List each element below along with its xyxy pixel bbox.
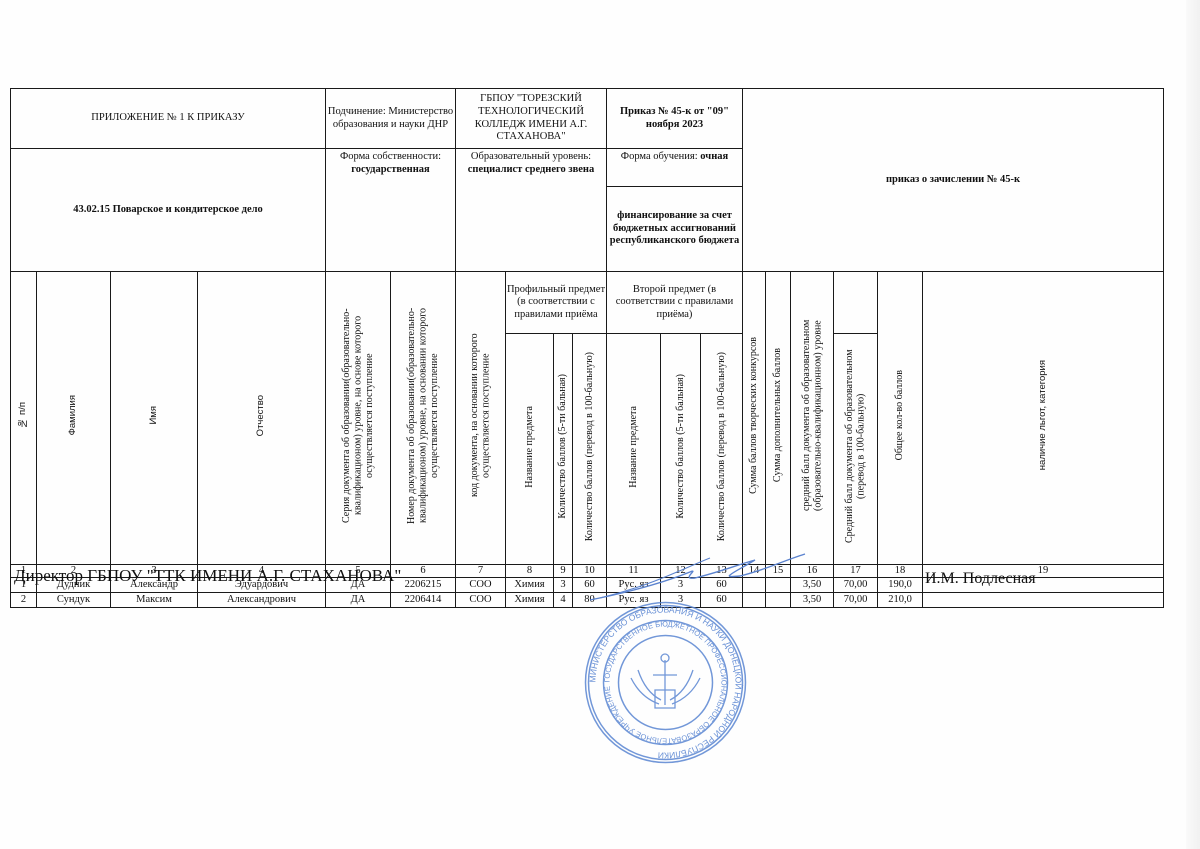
study-form-label: Форма обучения: xyxy=(621,151,698,162)
col-header-6: Номер документа об образовании(образоват… xyxy=(391,272,456,565)
col-header-9: Количество баллов (5-ти бальная) xyxy=(554,334,573,565)
col-header-7: код документа, на основании которого осу… xyxy=(456,272,506,565)
edu-level-label: Образовательный уровень: xyxy=(471,151,591,162)
col-header-3: Имя xyxy=(111,272,198,565)
signatory-name: И.М. Подлесная xyxy=(925,570,1036,588)
col-header-12: Количество баллов (5-ти бальная) xyxy=(661,334,701,565)
col-header-1: № п/п xyxy=(11,272,37,565)
total-score: 190,0 xyxy=(878,578,923,593)
institution-name: ГБПОУ "ТОРЕЗСКИЙ ТЕХНОЛОГИЧЕСКИЙ КОЛЛЕДЖ… xyxy=(456,89,607,149)
col-header-2: Фамилия xyxy=(37,272,111,565)
doc-series: ДА xyxy=(326,593,391,608)
col-header-16: средний балл документа об образовательно… xyxy=(791,272,834,565)
financing: финансирование за счет бюджетных ассигно… xyxy=(607,187,743,272)
col-header-18: Общее кол-во баллов xyxy=(878,272,923,565)
appendix-title: ПРИЛОЖЕНИЕ № 1 К ПРИКАЗУ xyxy=(11,89,326,149)
doc-code: СОО xyxy=(456,578,506,593)
study-form: Форма обучения: очная xyxy=(607,149,743,187)
ownership-value: государственная xyxy=(351,164,429,175)
enrollment-table: ПРИЛОЖЕНИЕ № 1 К ПРИКАЗУ Подчинение: Мин… xyxy=(10,88,1164,608)
doc-code: СОО xyxy=(456,593,506,608)
second-subject-group: Второй предмет (в соответствии с правила… xyxy=(607,272,743,334)
col-header-17: Средний балл документа об образовательно… xyxy=(834,334,878,565)
average-score-100: 70,00 xyxy=(834,578,878,593)
director-title: Директор ГБПОУ "ТТК ИМЕНИ А.Г. СТАХАНОВА… xyxy=(14,566,401,586)
col-header-17-top xyxy=(834,272,878,334)
col-header-13: Количество баллов (перевод в 100-бальную… xyxy=(701,334,743,565)
profile-subject-group: Профильный предмет (в соответствии с пра… xyxy=(506,272,607,334)
education-level: Образовательный уровень: специалист сред… xyxy=(456,149,607,272)
ownership-form: Форма собственности: государственная xyxy=(326,149,456,272)
enrollment-order: приказ о зачислении № 45-к xyxy=(743,89,1164,272)
col-header-15: Сумма дополнительных баллов xyxy=(766,272,791,565)
order-number: Приказ № 45-к от "09" ноября 2023 xyxy=(607,89,743,149)
col-header-4: Отчество xyxy=(198,272,326,565)
col-header-14: Сумма баллов творческих конкурсов xyxy=(743,272,766,565)
subordination: Подчинение: Министерство образования и н… xyxy=(326,89,456,149)
profile-subject: Химия xyxy=(506,578,554,593)
page-edge xyxy=(1186,0,1200,849)
benefits xyxy=(923,593,1164,608)
ownership-label: Форма собственности: xyxy=(340,151,441,162)
col-header-11: Название предмета xyxy=(607,334,661,565)
profile-score-5: 4 xyxy=(554,593,573,608)
last-name: Сундук xyxy=(37,593,111,608)
doc-number: 2206414 xyxy=(391,593,456,608)
profile-score-5: 3 xyxy=(554,578,573,593)
official-stamp-icon: МИНИСТЕРСТВО ОБРАЗОВАНИЯ И НАУКИ ДОНЕЦКО… xyxy=(583,600,748,765)
col-header-10: Количество баллов (перевод в 100-бальную… xyxy=(573,334,607,565)
col-header-8: Название предмета xyxy=(506,334,554,565)
average-score-100: 70,00 xyxy=(834,593,878,608)
study-form-value: очная xyxy=(700,151,728,162)
total-score: 210,0 xyxy=(878,593,923,608)
col-header-19: наличие льгот, категория xyxy=(923,272,1164,565)
profile-subject: Химия xyxy=(506,593,554,608)
edu-level-value: специалист среднего звена xyxy=(468,164,594,175)
first-name: Максим xyxy=(111,593,198,608)
specialty: 43.02.15 Поварское и кондитерское дело xyxy=(11,149,326,272)
col-header-5: Серия документа об образовании(образоват… xyxy=(326,272,391,565)
middle-name: Александрович xyxy=(198,593,326,608)
document-page: ПРИЛОЖЕНИЕ № 1 К ПРИКАЗУ Подчинение: Мин… xyxy=(0,0,1200,849)
